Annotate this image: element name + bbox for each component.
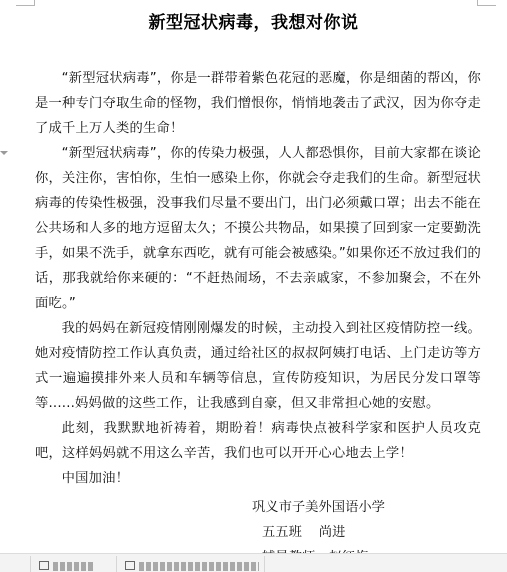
status-item-label (53, 562, 93, 571)
paragraph-4: 此刻，我默默地祈祷着，期盼着！病毒快点被科学家和医护人员攻克吧，这样妈妈就不用这… (35, 416, 481, 466)
status-item-label (139, 562, 259, 571)
status-separator (264, 556, 265, 572)
status-item-icon (39, 561, 49, 570)
status-item-2[interactable] (125, 558, 259, 572)
status-item-1[interactable] (39, 558, 93, 572)
paragraph-3: 我的妈妈在新冠疫情刚刚爆发的时候，主动投入到社区疫情防控一线。她对疫情防控工作认… (35, 316, 481, 416)
signature-school: 巩义市子美外国语小学 (252, 495, 385, 520)
paragraph-2: “新型冠状病毒”，你的传染力极强，人人都恐惧你，目前大家都在谈论你，关注你，害怕… (35, 141, 481, 316)
document-page[interactable]: 新型冠状病毒，我想对你说 “新型冠状病毒”，你是一群带着紫色花冠的恶魔，你是细菌… (0, 0, 507, 553)
status-bar (0, 553, 507, 572)
document-title: 新型冠状病毒，我想对你说 (0, 8, 507, 33)
signature-class-name: 五五班 尚进 (252, 520, 385, 545)
paragraph-5: 中国加油！ (35, 466, 481, 491)
margin-corner-top-right (477, 0, 496, 6)
status-item-icon (125, 561, 135, 570)
paragraph-1: “新型冠状病毒”，你是一群带着紫色花冠的恶魔，你是细菌的帮凶，你是一种专门夺取生… (35, 66, 481, 141)
paragraph-marker-icon (0, 151, 8, 155)
margin-corner-top-left (16, 0, 35, 6)
status-separator (30, 556, 31, 572)
document-body[interactable]: “新型冠状病毒”，你是一群带着紫色花冠的恶魔，你是细菌的帮凶，你是一种专门夺取生… (35, 66, 481, 491)
status-separator (116, 556, 117, 572)
